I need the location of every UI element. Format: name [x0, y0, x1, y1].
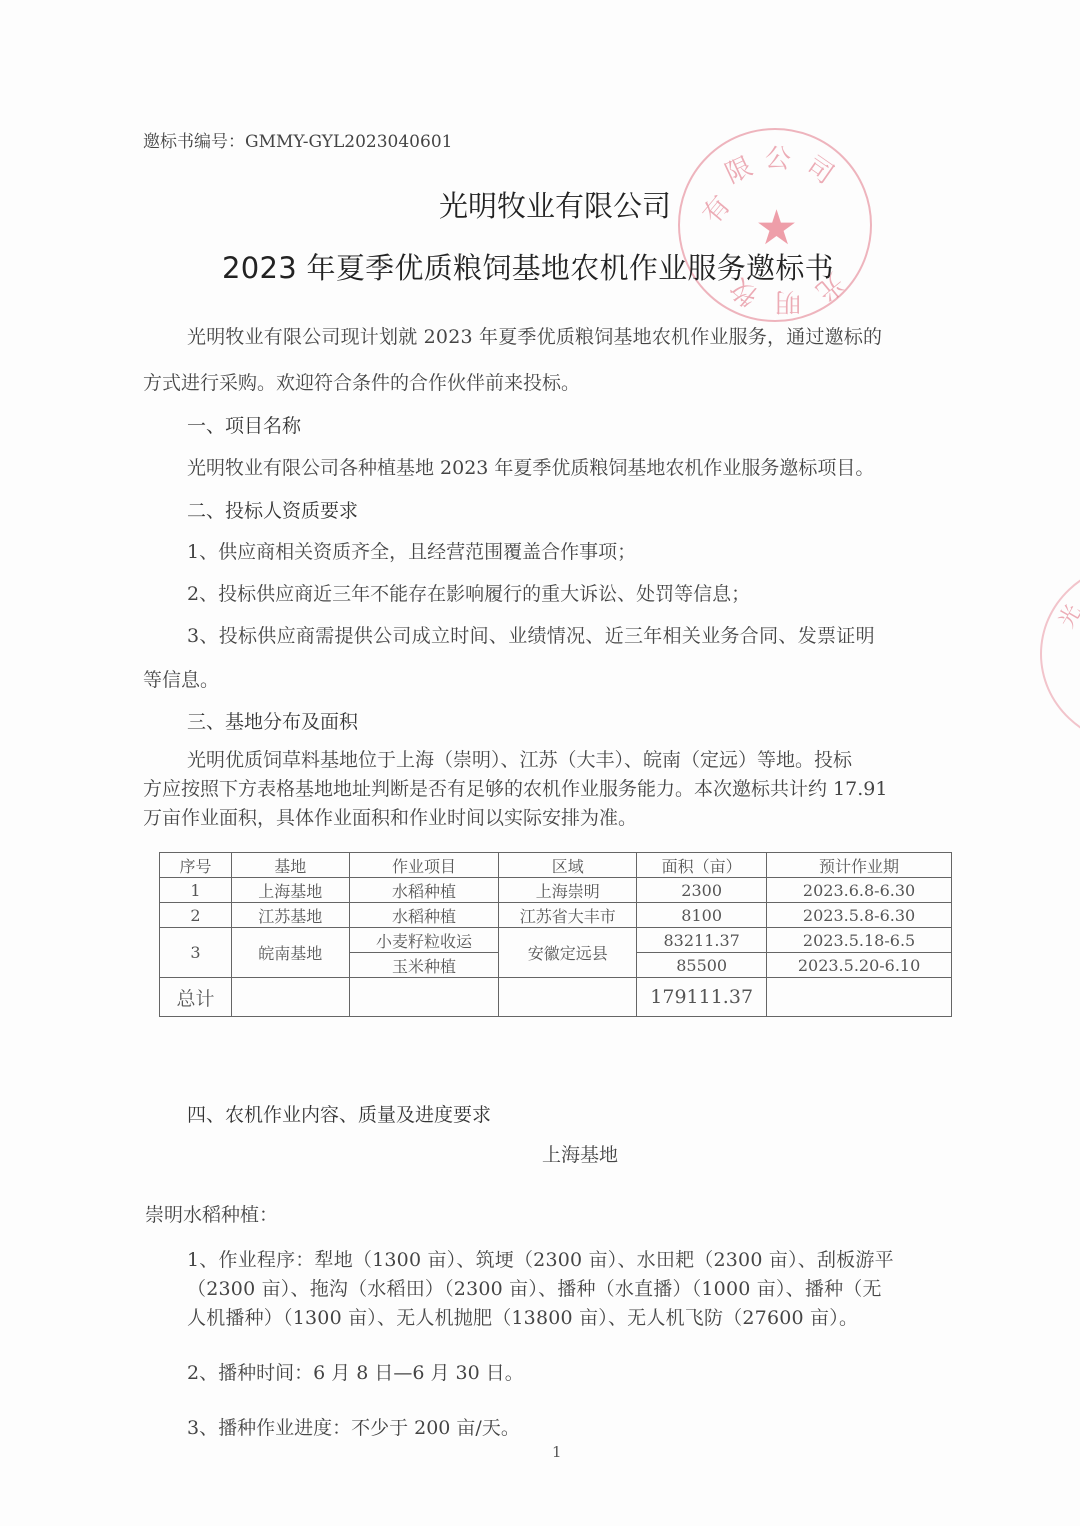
document-number: 邀标书编号：GMMY-GYL2023040601	[143, 127, 452, 152]
sowing-progress: 3、播种作业进度：不少于 200 亩/天。	[187, 1413, 520, 1440]
cell-period: 2023.6.8-6.30	[767, 878, 952, 903]
table-header-row: 序号 基地 作业项目 区域 面积（亩） 预计作业期	[160, 853, 952, 878]
cell-item: 水稻种植	[349, 903, 499, 928]
section-heading: 二、投标人资质要求	[187, 496, 358, 523]
cell-region: 江苏省大丰市	[499, 903, 637, 928]
cell-region: 安徽定远县	[499, 928, 637, 978]
document-title: 2023 年夏季优质粮饲基地农机作业服务邀标书	[222, 246, 834, 287]
sowing-time: 2、播种时间：6 月 8 日—6 月 30 日。	[187, 1358, 524, 1385]
cell-area: 85500	[637, 953, 767, 978]
total-area: 179111.37	[637, 978, 767, 1017]
partial-seal	[1040, 562, 1080, 746]
cell-base: 江苏基地	[231, 903, 349, 928]
cell-no: 3	[160, 928, 232, 978]
empty-cell	[231, 978, 349, 1017]
header-cell: 基地	[231, 853, 349, 878]
intro-line: 光明牧业有限公司现计划就 2023 年夏季优质粮饲基地农机作业服务，通过邀标的	[187, 322, 882, 349]
requirement-item-cont: 等信息。	[143, 665, 219, 692]
empty-cell	[767, 978, 952, 1017]
table-row: 2 江苏基地 水稻种植 江苏省大丰市 8100 2023.5.8-6.30	[160, 903, 952, 928]
table-row: 1 上海基地 水稻种植 上海崇明 2300 2023.6.8-6.30	[160, 878, 952, 903]
table-total-row: 总计 179111.37	[160, 978, 952, 1017]
header-cell: 作业项目	[349, 853, 499, 878]
empty-cell	[499, 978, 637, 1017]
cell-no: 2	[160, 903, 232, 928]
section-text: 光明牧业有限公司各种植基地 2023 年夏季优质粮饲基地农机作业服务邀标项目。	[187, 453, 874, 480]
cell-area: 8100	[637, 903, 767, 928]
base-subtitle: 上海基地	[0, 1140, 1080, 1167]
cell-area: 2300	[637, 878, 767, 903]
procedure-line: （2300 亩）、拖沟（水稻田）（2300 亩）、播种（水直播）（1000 亩）…	[187, 1274, 882, 1301]
seal-char: 明	[775, 285, 801, 322]
empty-cell	[349, 978, 499, 1017]
cell-no: 1	[160, 878, 232, 903]
header-cell: 预计作业期	[767, 853, 952, 878]
procedure-line: 人机播种）（1300 亩）、无人机抛肥（13800 亩）、无人机飞防（27600…	[187, 1303, 858, 1330]
cell-region: 上海崇明	[499, 878, 637, 903]
section-heading: 三、基地分布及面积	[187, 707, 358, 734]
cell-item: 小麦籽粒收运	[349, 928, 499, 953]
header-cell: 面积（亩）	[637, 853, 767, 878]
section-text: 光明优质饲草料基地位于上海（崇明）、江苏（大丰）、皖南（定远）等地。投标	[187, 745, 852, 772]
cell-period: 2023.5.18-6.5	[767, 928, 952, 953]
total-label: 总计	[160, 978, 232, 1017]
header-cell: 序号	[160, 853, 232, 878]
cell-item: 水稻种植	[349, 878, 499, 903]
cell-period: 2023.5.20-6.10	[767, 953, 952, 978]
seal-char: 公	[763, 137, 792, 176]
section-heading: 四、农机作业内容、质量及进度要求	[187, 1100, 491, 1127]
cell-base: 皖南基地	[231, 928, 349, 978]
intro-line: 方式进行采购。欢迎符合条件的合作伙伴前来投标。	[143, 368, 580, 395]
subheading: 崇明水稻种植：	[145, 1200, 278, 1227]
cell-item: 玉米种植	[349, 953, 499, 978]
header-cell: 区域	[499, 853, 637, 878]
section-text: 方应按照下方表格基地地址判断是否有足够的农机作业服务能力。本次邀标共计约 17.…	[143, 774, 887, 801]
requirement-item: 1、供应商相关资质齐全，且经营范围覆盖合作事项；	[187, 537, 636, 564]
procedure-line: 1、作业程序：犁地（1300 亩）、筑埂（2300 亩）、水田耙（2300 亩）…	[187, 1245, 894, 1272]
cell-area: 83211.37	[637, 928, 767, 953]
section-heading: 一、项目名称	[187, 411, 301, 438]
requirement-item: 2、投标供应商近三年不能存在影响履行的重大诉讼、处罚等信息；	[187, 579, 750, 606]
base-area-table: 序号 基地 作业项目 区域 面积（亩） 预计作业期 1 上海基地 水稻种植 上海…	[159, 852, 952, 1017]
cell-base: 上海基地	[231, 878, 349, 903]
table-row: 3 皖南基地 小麦籽粒收运 安徽定远县 83211.37 2023.5.18-6…	[160, 928, 952, 953]
cell-period: 2023.5.8-6.30	[767, 903, 952, 928]
section-text: 万亩作业面积，具体作业面积和作业时间以实际安排为准。	[143, 803, 637, 830]
company-title: 光明牧业有限公司	[0, 184, 1080, 225]
requirement-item: 3、投标供应商需提供公司成立时间、业绩情况、近三年相关业务合同、发票证明	[187, 621, 875, 648]
page-number: 1	[552, 1443, 562, 1461]
